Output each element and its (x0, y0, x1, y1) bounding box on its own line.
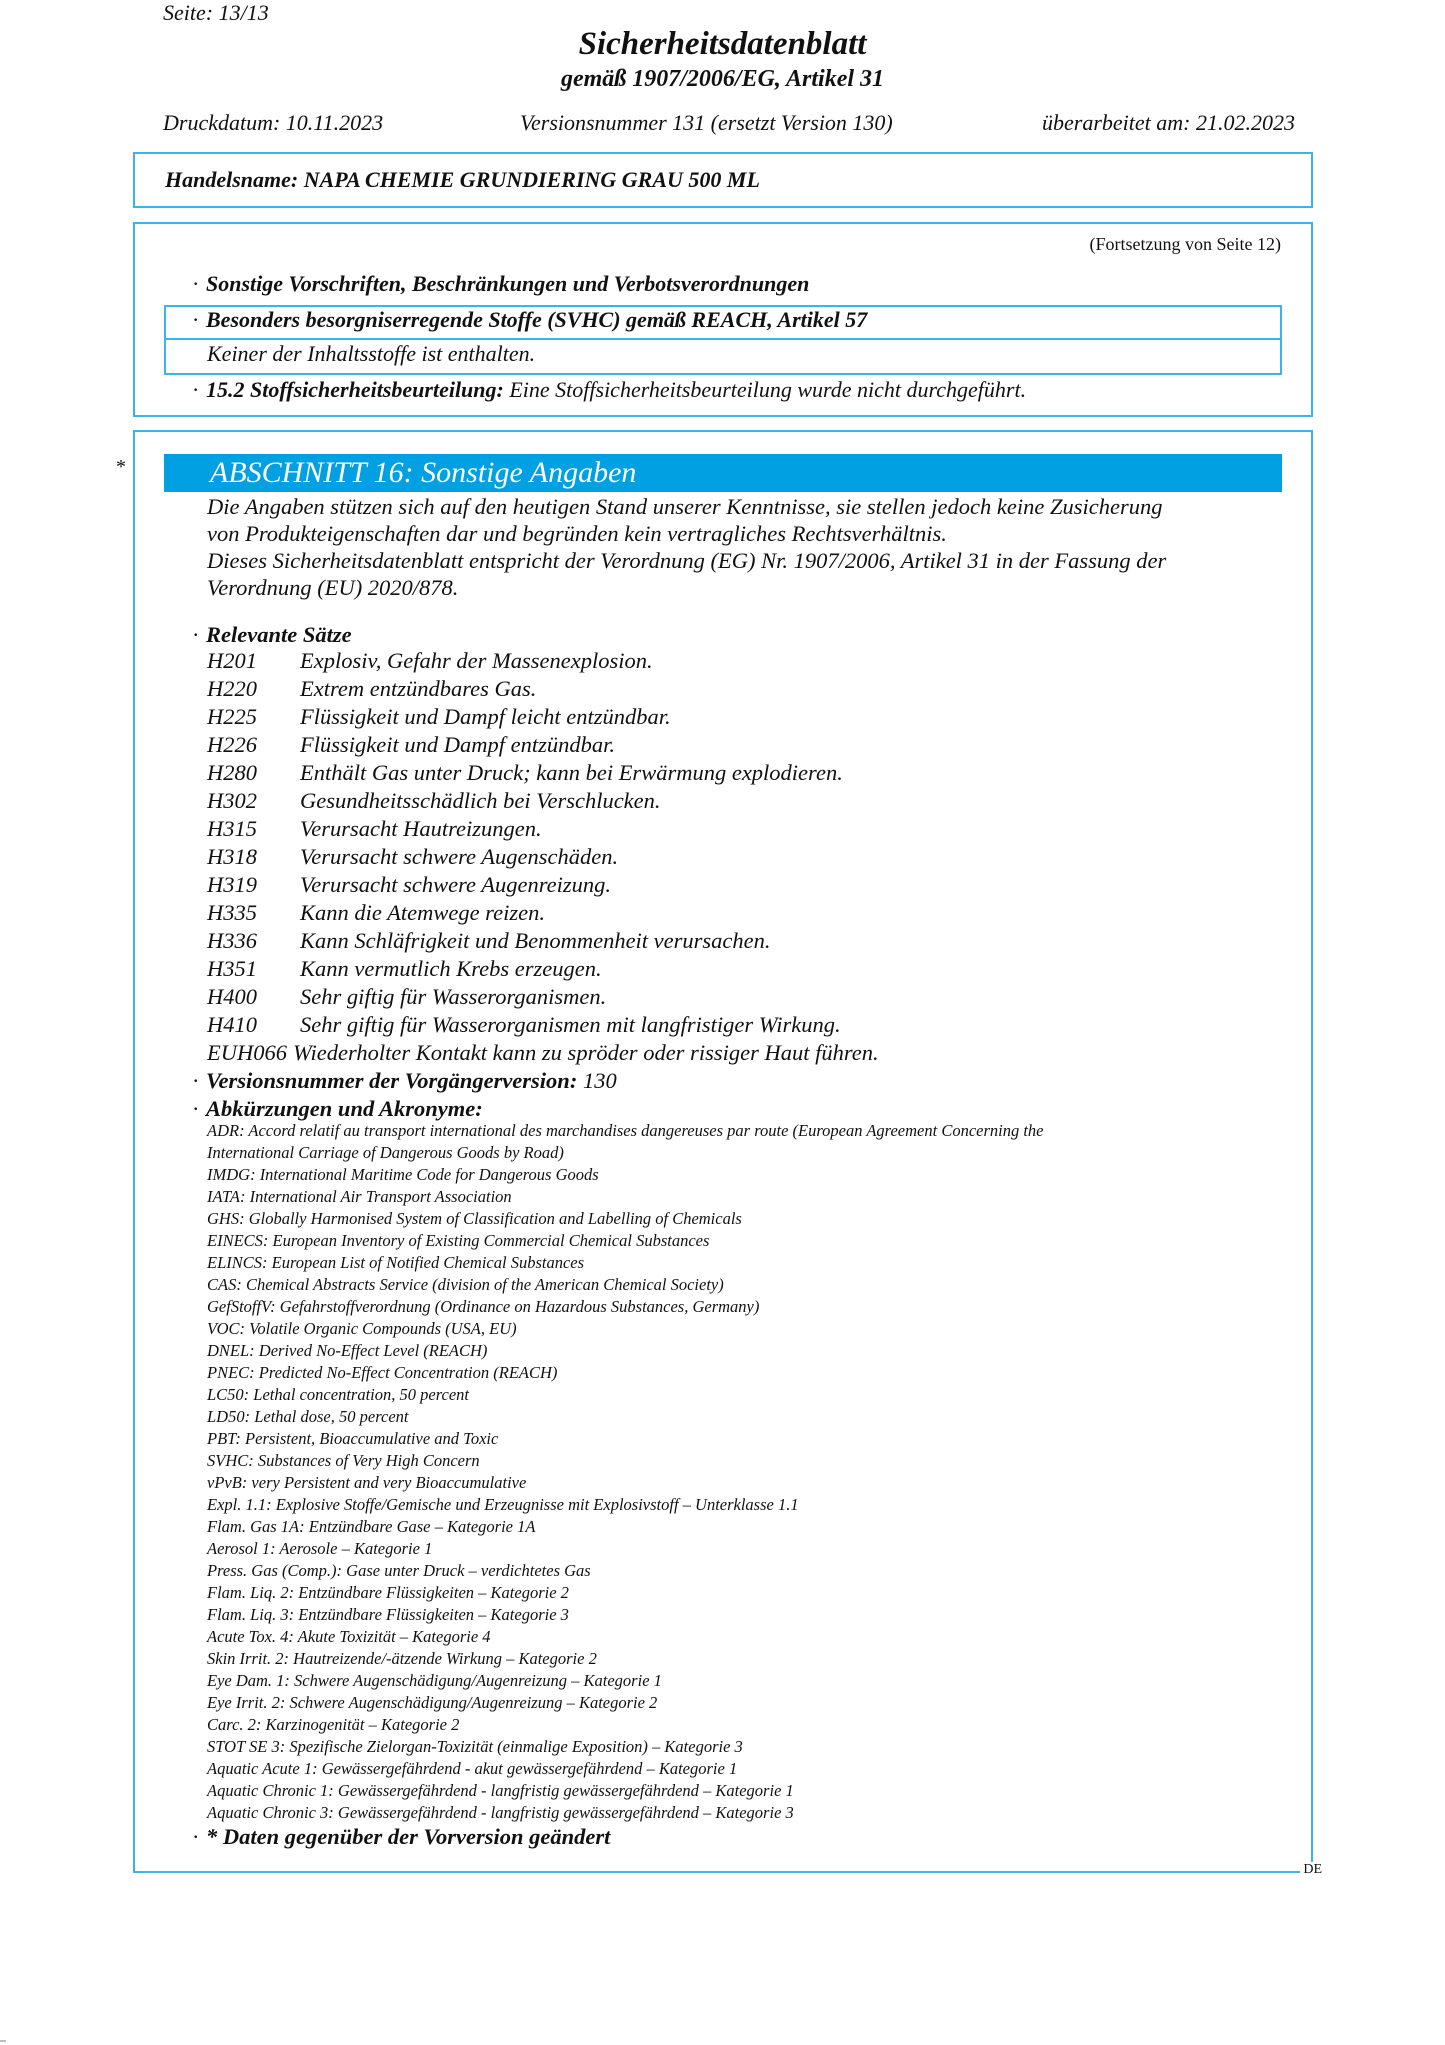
bullet: · (192, 271, 206, 297)
hazard-statement-row: H226Flüssigkeit und Dampf entzündbar. (207, 732, 615, 758)
abbreviation-item: Aquatic Chronic 3: Gewässergefährdend - … (207, 1803, 794, 1823)
abbreviation-item: Flam. Liq. 2: Entzündbare Flüssigkeiten … (207, 1583, 569, 1603)
continued-from-note: (Fortsetzung von Seite 12) (1090, 234, 1281, 255)
abbreviation-item: Expl. 1.1: Explosive Stoffe/Gemische und… (207, 1495, 799, 1515)
tradename: Handelsname: NAPA CHEMIE GRUNDIERING GRA… (165, 167, 760, 193)
changed-data-note: ·* Daten gegenüber der Vorversion geände… (192, 1824, 610, 1850)
hazard-text: Wiederholter Kontakt kann zu spröder ode… (293, 1040, 879, 1065)
abbreviation-item: CAS: Chemical Abstracts Service (divisio… (207, 1275, 724, 1295)
hazard-statement-row: H315Verursacht Hautreizungen. (207, 816, 542, 842)
hazard-text: Kann Schläfrigkeit und Benommenheit veru… (300, 928, 771, 953)
page-number: Seite: 13/13 (163, 0, 269, 26)
hazard-text: Extrem entzündbares Gas. (300, 676, 536, 701)
hazard-text: Kann vermutlich Krebs erzeugen. (300, 956, 602, 981)
hazard-code: H336 (207, 928, 300, 954)
hazard-statement-row: H400Sehr giftig für Wasserorganismen. (207, 984, 606, 1010)
intro-line: von Produkteigenschaften dar und begründ… (207, 521, 947, 547)
abbreviation-item: Flam. Gas 1A: Entzündbare Gase – Kategor… (207, 1517, 535, 1537)
hazard-statement-row: H280Enthält Gas unter Druck; kann bei Er… (207, 760, 843, 786)
document-title: Sicherheitsdatenblatt (0, 26, 1445, 63)
previous-version-label: Versionsnummer der Vorgängerversion: (206, 1068, 577, 1093)
abbreviation-item: Aerosol 1: Aerosole – Kategorie 1 (207, 1539, 432, 1559)
abbreviation-item: International Carriage of Dangerous Good… (207, 1143, 564, 1163)
abbreviation-item: vPvB: very Persistent and very Bioaccumu… (207, 1473, 526, 1493)
hazard-text: Verursacht schwere Augenschäden. (300, 844, 618, 869)
relevant-statements-label: Relevante Sätze (206, 622, 352, 647)
abbreviation-item: Press. Gas (Comp.): Gase unter Druck – v… (207, 1561, 591, 1581)
changed-data-note-text: * Daten gegenüber der Vorversion geänder… (206, 1824, 610, 1849)
other-regulations-heading: ·Sonstige Vorschriften, Beschränkungen u… (192, 271, 809, 297)
safety-assessment-value: Eine Stoffsicherheitsbeurteilung wurde n… (509, 377, 1026, 402)
bullet: · (192, 1824, 206, 1850)
previous-version: ·Versionsnummer der Vorgängerversion: 13… (192, 1068, 617, 1094)
abbreviation-item: ADR: Accord relatif au transport interna… (207, 1121, 1044, 1141)
abbreviation-item: Aquatic Chronic 1: Gewässergefährdend - … (207, 1781, 794, 1801)
abbreviation-item: EINECS: European Inventory of Existing C… (207, 1231, 709, 1251)
abbreviation-item: LC50: Lethal concentration, 50 percent (207, 1385, 469, 1405)
bullet: · (192, 307, 206, 333)
abbreviation-item: LD50: Lethal dose, 50 percent (207, 1407, 409, 1427)
safety-assessment-label: 15.2 Stoffsicherheitsbeurteilung: (206, 377, 504, 402)
hazard-code: H226 (207, 732, 300, 758)
changed-marker: * (116, 456, 126, 479)
hazard-text: Sehr giftig für Wasserorganismen mit lan… (300, 1012, 841, 1037)
hazard-code: EUH066 (207, 1040, 287, 1066)
intro-line: Dieses Sicherheitsdatenblatt entspricht … (207, 548, 1166, 574)
scan-mark (0, 2040, 6, 2042)
abbreviation-item: IMDG: International Maritime Code for Da… (207, 1165, 599, 1185)
hazard-text: Verursacht schwere Augenreizung. (300, 872, 611, 897)
abbreviation-item: GefStoffV: Gefahrstoffverordnung (Ordina… (207, 1297, 759, 1317)
hazard-statement-row: H319Verursacht schwere Augenreizung. (207, 872, 611, 898)
abbreviation-item: Carc. 2: Karzinogenität – Kategorie 2 (207, 1715, 459, 1735)
hazard-statement-row: H336Kann Schläfrigkeit und Benommenheit … (207, 928, 771, 954)
abbreviation-item: DNEL: Derived No-Effect Level (REACH) (207, 1341, 487, 1361)
language-code: DE (1300, 1862, 1325, 1878)
hazard-code: H315 (207, 816, 300, 842)
svhc-heading: ·Besonders besorgniserregende Stoffe (SV… (192, 307, 867, 333)
abbreviation-item: GHS: Globally Harmonised System of Class… (207, 1209, 742, 1229)
previous-version-value: 130 (583, 1068, 617, 1093)
relevant-statements-heading: ·Relevante Sätze (192, 622, 352, 648)
safety-assessment: ·15.2 Stoffsicherheitsbeurteilung: Eine … (192, 377, 1026, 403)
hazard-code: H302 (207, 788, 300, 814)
print-date: Druckdatum: 10.11.2023 (163, 110, 383, 136)
intro-line: Verordnung (EU) 2020/878. (207, 575, 458, 601)
abbreviation-item: IATA: International Air Transport Associ… (207, 1187, 512, 1207)
abbreviations-label: Abkürzungen und Akronyme: (206, 1096, 483, 1121)
abbreviation-item: Aquatic Acute 1: Gewässergefährdend - ak… (207, 1759, 737, 1779)
hazard-code: H319 (207, 872, 300, 898)
version-number: Versionsnummer 131 (ersetzt Version 130) (520, 110, 893, 136)
abbreviation-item: Eye Dam. 1: Schwere Augenschädigung/Auge… (207, 1671, 662, 1691)
hazard-code: H280 (207, 760, 300, 786)
bullet: · (192, 377, 206, 403)
hazard-statement-row: H302Gesundheitsschädlich bei Verschlucke… (207, 788, 661, 814)
hazard-statement-row: H318Verursacht schwere Augenschäden. (207, 844, 618, 870)
hazard-text: Enthält Gas unter Druck; kann bei Erwärm… (300, 760, 843, 785)
hazard-code: H335 (207, 900, 300, 926)
abbreviation-item: STOT SE 3: Spezifische Zielorgan-Toxizit… (207, 1737, 743, 1757)
document-subtitle: gemäß 1907/2006/EG, Artikel 31 (0, 66, 1445, 93)
hazard-code: H400 (207, 984, 300, 1010)
bullet: · (192, 622, 206, 648)
hazard-code: H410 (207, 1012, 300, 1038)
hazard-text: Explosiv, Gefahr der Massenexplosion. (300, 648, 653, 673)
bullet: · (192, 1096, 206, 1122)
hazard-code: H351 (207, 956, 300, 982)
hazard-statement-row: H351Kann vermutlich Krebs erzeugen. (207, 956, 602, 982)
abbreviation-item: Skin Irrit. 2: Hautreizende/-ätzende Wir… (207, 1649, 597, 1669)
svhc-value: Keiner der Inhaltsstoffe ist enthalten. (207, 341, 535, 367)
svhc-label: Besonders besorgniserregende Stoffe (SVH… (206, 307, 867, 332)
abbreviation-item: VOC: Volatile Organic Compounds (USA, EU… (207, 1319, 517, 1339)
revised-date: überarbeitet am: 21.02.2023 (1042, 110, 1295, 136)
abbreviation-item: Acute Tox. 4: Akute Toxizität – Kategori… (207, 1627, 491, 1647)
hazard-text: Flüssigkeit und Dampf leicht entzündbar. (300, 704, 671, 729)
hazard-code: H318 (207, 844, 300, 870)
intro-line: Die Angaben stützen sich auf den heutige… (207, 494, 1162, 520)
hazard-text: Sehr giftig für Wasserorganismen. (300, 984, 606, 1009)
hazard-text: Flüssigkeit und Dampf entzündbar. (300, 732, 615, 757)
abbreviation-item: PBT: Persistent, Bioaccumulative and Tox… (207, 1429, 498, 1449)
hazard-text: Verursacht Hautreizungen. (300, 816, 542, 841)
svhc-divider (164, 338, 1282, 340)
hazard-statement-row: H220Extrem entzündbares Gas. (207, 676, 536, 702)
abbreviation-item: Eye Irrit. 2: Schwere Augenschädigung/Au… (207, 1693, 657, 1713)
other-regulations-label: Sonstige Vorschriften, Beschränkungen un… (206, 271, 809, 296)
bullet: · (192, 1068, 206, 1094)
hazard-statement-row: H410Sehr giftig für Wasserorganismen mit… (207, 1012, 841, 1038)
hazard-statement-row: EUH066Wiederholter Kontakt kann zu spröd… (207, 1040, 879, 1066)
hazard-text: Kann die Atemwege reizen. (300, 900, 545, 925)
abbreviation-item: Flam. Liq. 3: Entzündbare Flüssigkeiten … (207, 1605, 569, 1625)
hazard-statement-row: H225Flüssigkeit und Dampf leicht entzünd… (207, 704, 671, 730)
hazard-code: H225 (207, 704, 300, 730)
abbreviation-item: PNEC: Predicted No-Effect Concentration … (207, 1363, 557, 1383)
section16-title: ABSCHNITT 16: Sonstige Angaben (210, 456, 636, 490)
hazard-statement-row: H335Kann die Atemwege reizen. (207, 900, 545, 926)
abbreviation-item: ELINCS: European List of Notified Chemic… (207, 1253, 584, 1273)
hazard-text: Gesundheitsschädlich bei Verschlucken. (300, 788, 661, 813)
abbreviations-heading: ·Abkürzungen und Akronyme: (192, 1096, 483, 1122)
abbreviation-item: SVHC: Substances of Very High Concern (207, 1451, 480, 1471)
hazard-code: H220 (207, 676, 300, 702)
hazard-code: H201 (207, 648, 300, 674)
hazard-statement-row: H201Explosiv, Gefahr der Massenexplosion… (207, 648, 653, 674)
